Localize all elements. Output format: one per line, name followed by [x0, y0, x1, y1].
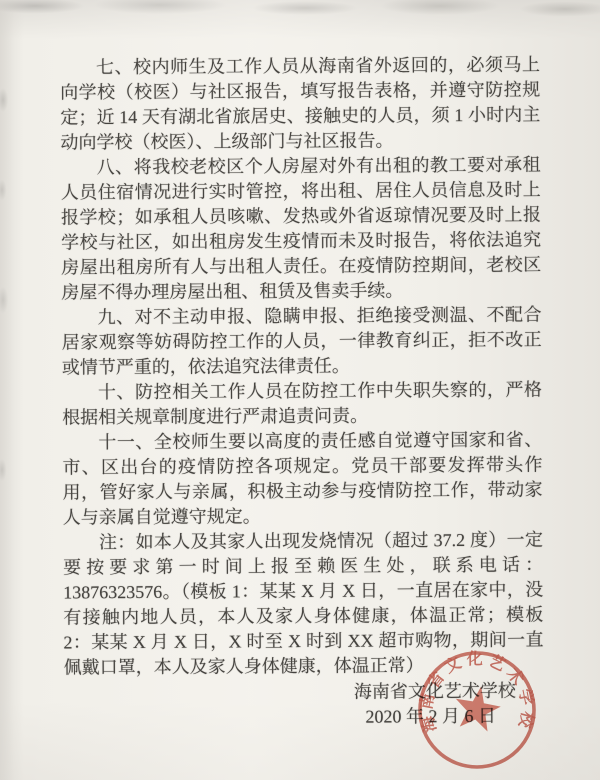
signature-block: 海南省文化艺术学校 2020 年 2 月 6 日 — [64, 679, 544, 732]
scan-shadow-top — [0, 0, 600, 30]
scanned-page: 七、校内师生及工作人员从海南省外返回的，必须马上向学校（校医）与社区报告，填写报… — [0, 0, 600, 780]
paragraph-item-10: 十、防控相关工作人员在防控工作中失职失察的，严格根据相关规章制度进行严肃追责问责… — [62, 378, 542, 431]
paragraph-note: 注：如本人及其家人出现发烧情况（超过 37.2 度）一定要按要求第一时间上报至赖… — [63, 528, 544, 681]
signature-organization: 海南省文化艺术学校 — [64, 679, 544, 707]
document-body: 七、校内师生及工作人员从海南省外返回的，必须马上向学校（校医）与社区报告，填写报… — [60, 53, 544, 732]
paragraph-item-9: 九、对不主动申报、隐瞒申报、拒绝接受测温、不配合居家观察等妨碍防控工作的人员，一… — [61, 303, 541, 381]
paragraph-item-11: 十一、全校师生要以高度的责任感自觉遵守国家和省、市、区出台的疫情防控各项规定。党… — [62, 428, 543, 531]
signature-date: 2020 年 2 月 6 日 — [64, 704, 544, 732]
scan-shadow-left — [0, 0, 14, 780]
paragraph-item-7: 七、校内师生及工作人员从海南省外返回的，必须马上向学校（校医）与社区报告，填写报… — [60, 53, 541, 156]
paragraph-item-8: 八、将我校老校区个人房屋对外有出租的教工要对承租人员住宿情况进行实时管控，将出租… — [61, 153, 542, 306]
